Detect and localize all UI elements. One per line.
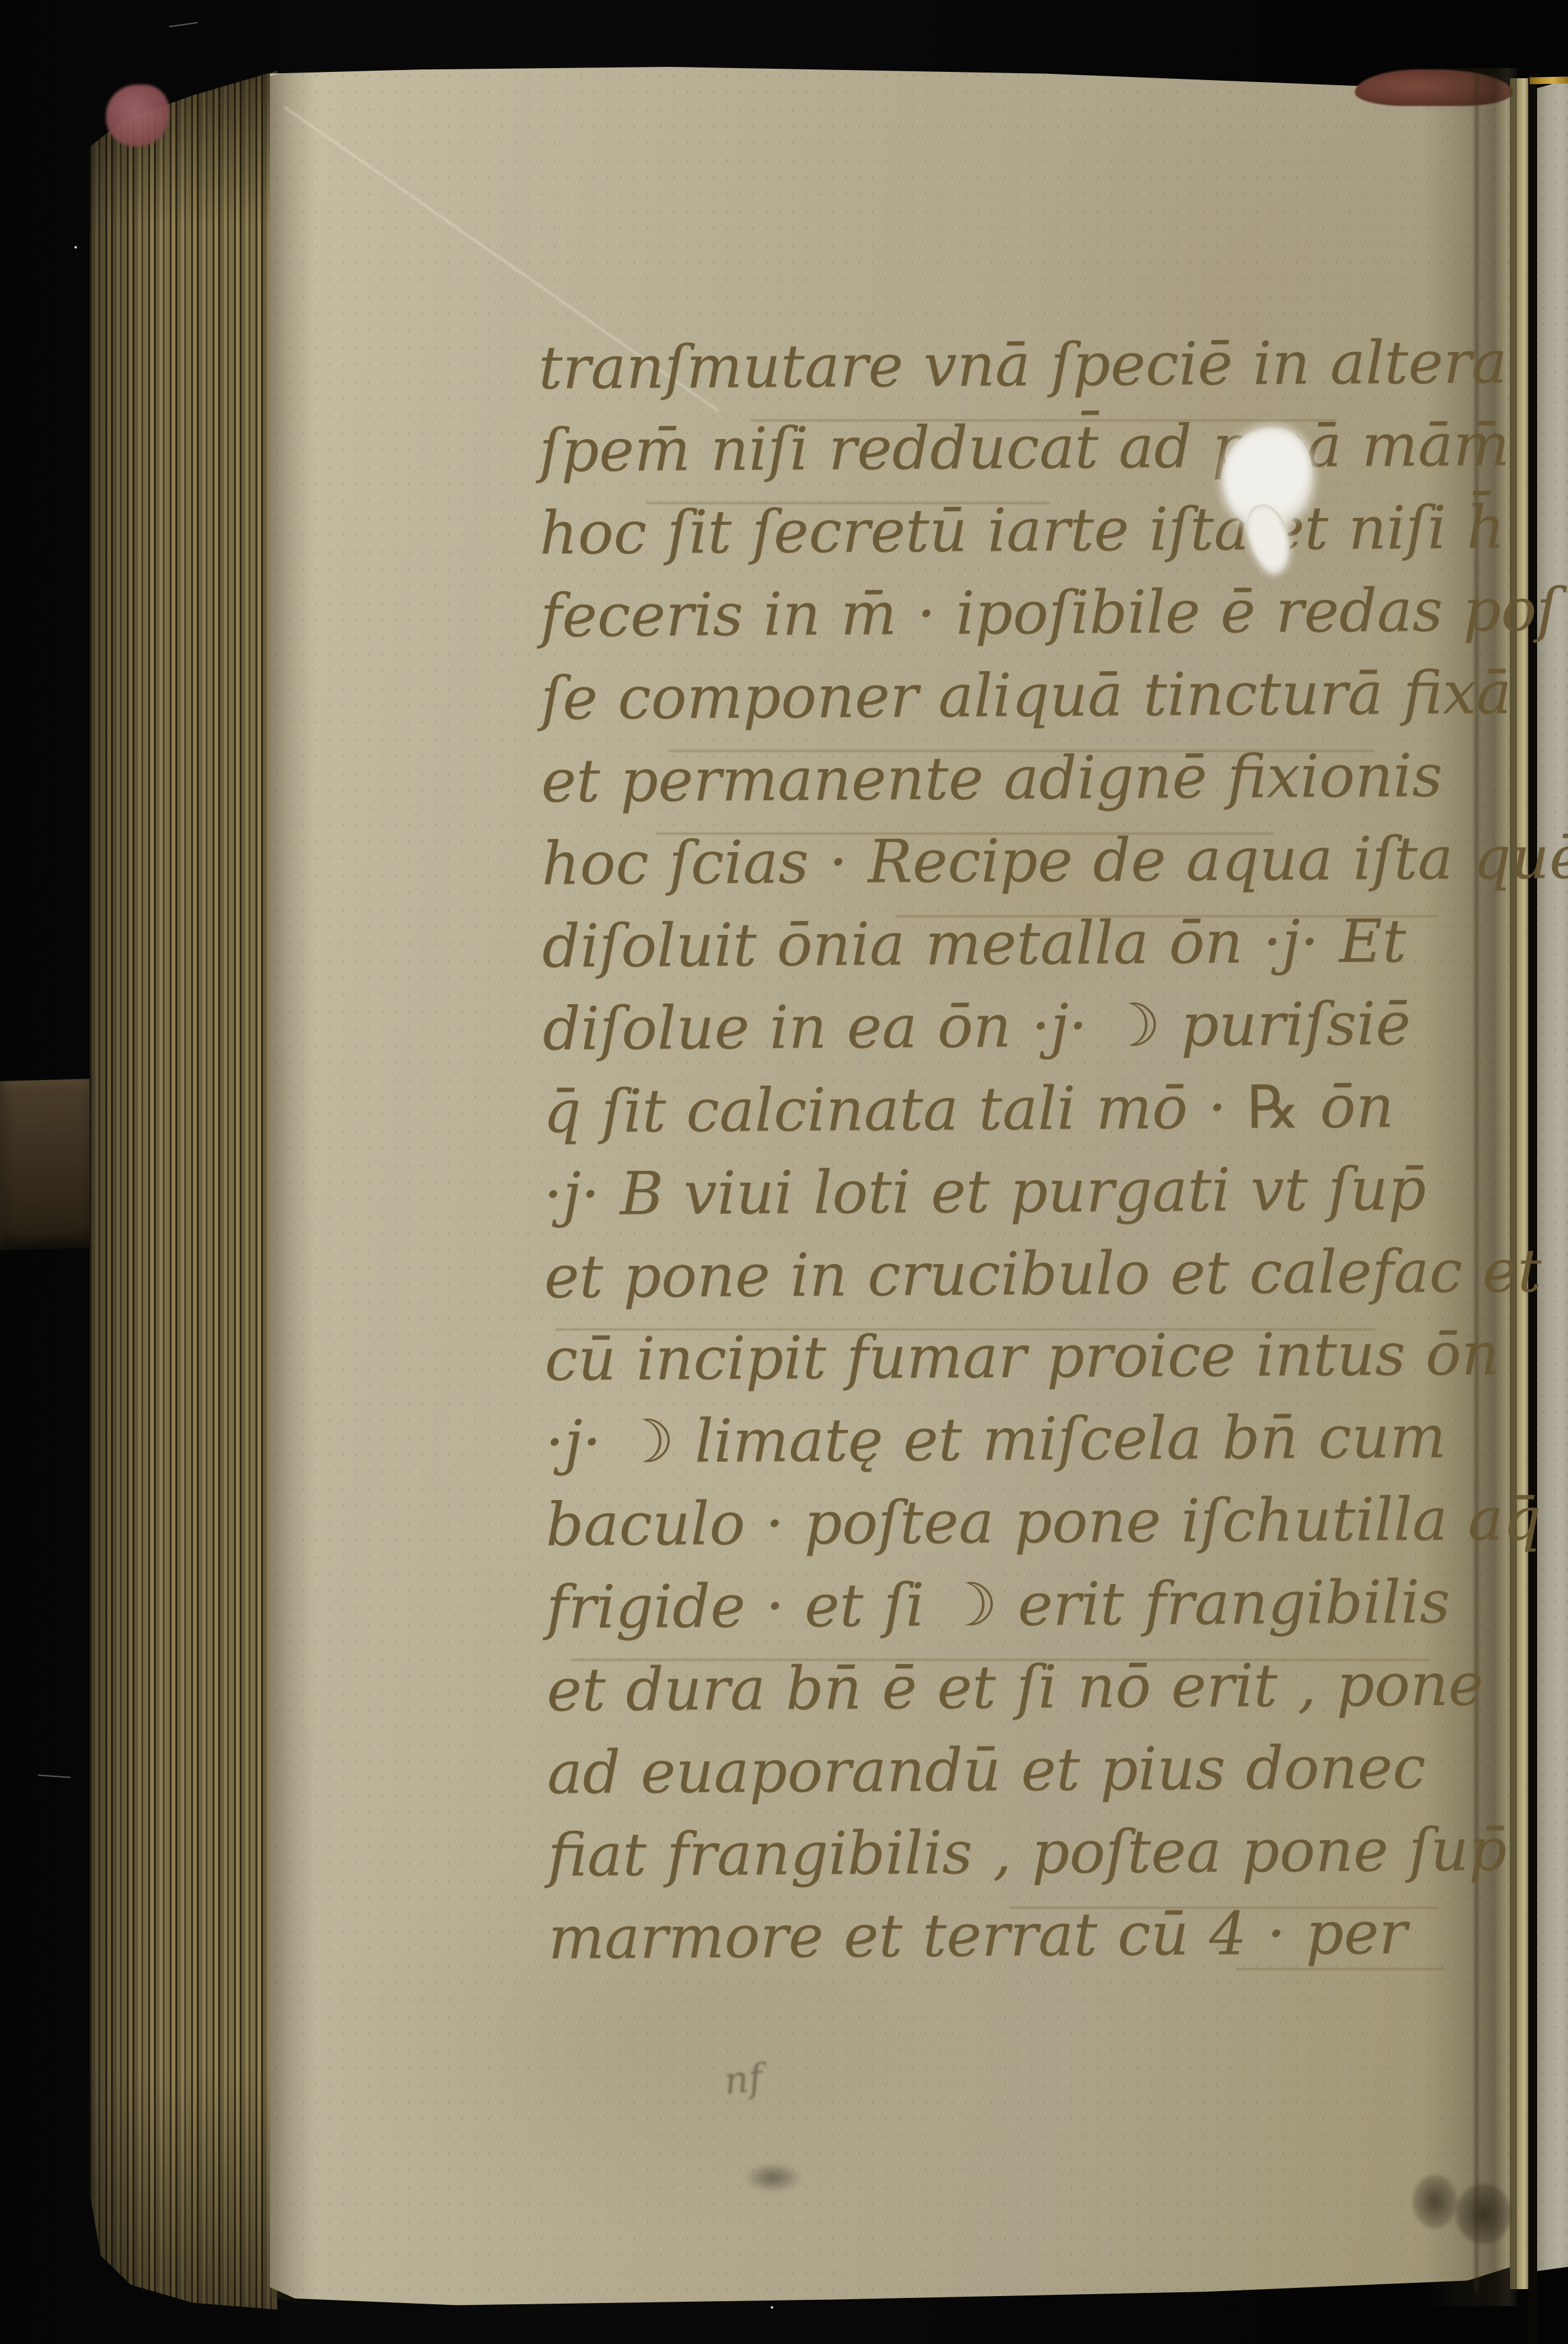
text-line-6: et permanente adignē fixionis (541, 747, 1442, 812)
text-line-9: diſolue in ea ōn ·j· ☽ puriſsiē (542, 995, 1411, 1059)
facing-page-gilt-edge (1530, 76, 1568, 84)
text-line-13: cū incipit fumar proice intus ōn (544, 1325, 1499, 1390)
text-line-17: et dura bn̄ ē et ſi nō erit , pone (547, 1656, 1484, 1721)
text-line-2: ſpem̄ niſi redducat̄ ad pmā mām̄ (539, 416, 1510, 481)
text-line-11: ·j· B viui loti et purgati vt ſup̄ (544, 1160, 1426, 1225)
facing-page (1537, 79, 1568, 2273)
corner-stain (1413, 2175, 1457, 2229)
text-line-12: et pone in crucibulo et calefac et (544, 1242, 1542, 1308)
text-line-18: ad euaporandū et pius donec (547, 1738, 1426, 1803)
dust-speck (74, 246, 77, 249)
dust-speck (771, 2306, 773, 2309)
text-line-20: marmore et terrat cū 4 · per (548, 1904, 1407, 1968)
text-line-5: ſe componer aliquā tincturā fixā (541, 664, 1512, 729)
backdrop-scratch (169, 22, 198, 27)
text-line-7: hoc ſcias · Recipe de aqua iſta quē (542, 829, 1568, 894)
head-endband-pink (106, 85, 169, 146)
manuscript-text-block: tranſmutare vnā ſpeciē in alteraſpem̄ ni… (539, 333, 1508, 2054)
text-line-3: hoc ſit ſecretū iarte iſta et niſi h̄ (539, 498, 1505, 563)
clasp-strap (0, 1079, 95, 1250)
fore-edge-leaves (90, 71, 278, 2316)
catchword-mark: nf (722, 2056, 765, 2104)
text-line-8: diſoluit ōnia metalla ōn ·j· Et (542, 912, 1406, 976)
text-line-1: tranſmutare vnā ſpeciē in altera (539, 333, 1507, 398)
text-line-10: q̄ ſit calcinata tali mō · ℞ ōn (543, 1077, 1394, 1142)
backdrop-scratch (38, 1774, 71, 1778)
corner-stain (1456, 2184, 1511, 2244)
text-line-4: feceris in m̄ · ipoſibile ē redas poſ (540, 581, 1559, 647)
text-line-15: baculo · poſtea pone iſchutilla aq̄ (546, 1490, 1542, 1556)
text-line-14: ·j· ☽ limatę et miſcela bn̄ cum (545, 1408, 1446, 1473)
ink-smudge (743, 2162, 803, 2193)
text-line-19: fiat frangibilis , poſtea pone ſup̄ (547, 1820, 1507, 1885)
page-left-fold-shadow (270, 67, 315, 2307)
text-line-16: frigide · et ſi ☽ erit frangibilis (546, 1573, 1451, 1638)
gutter-dark-gap (1528, 73, 1538, 2344)
